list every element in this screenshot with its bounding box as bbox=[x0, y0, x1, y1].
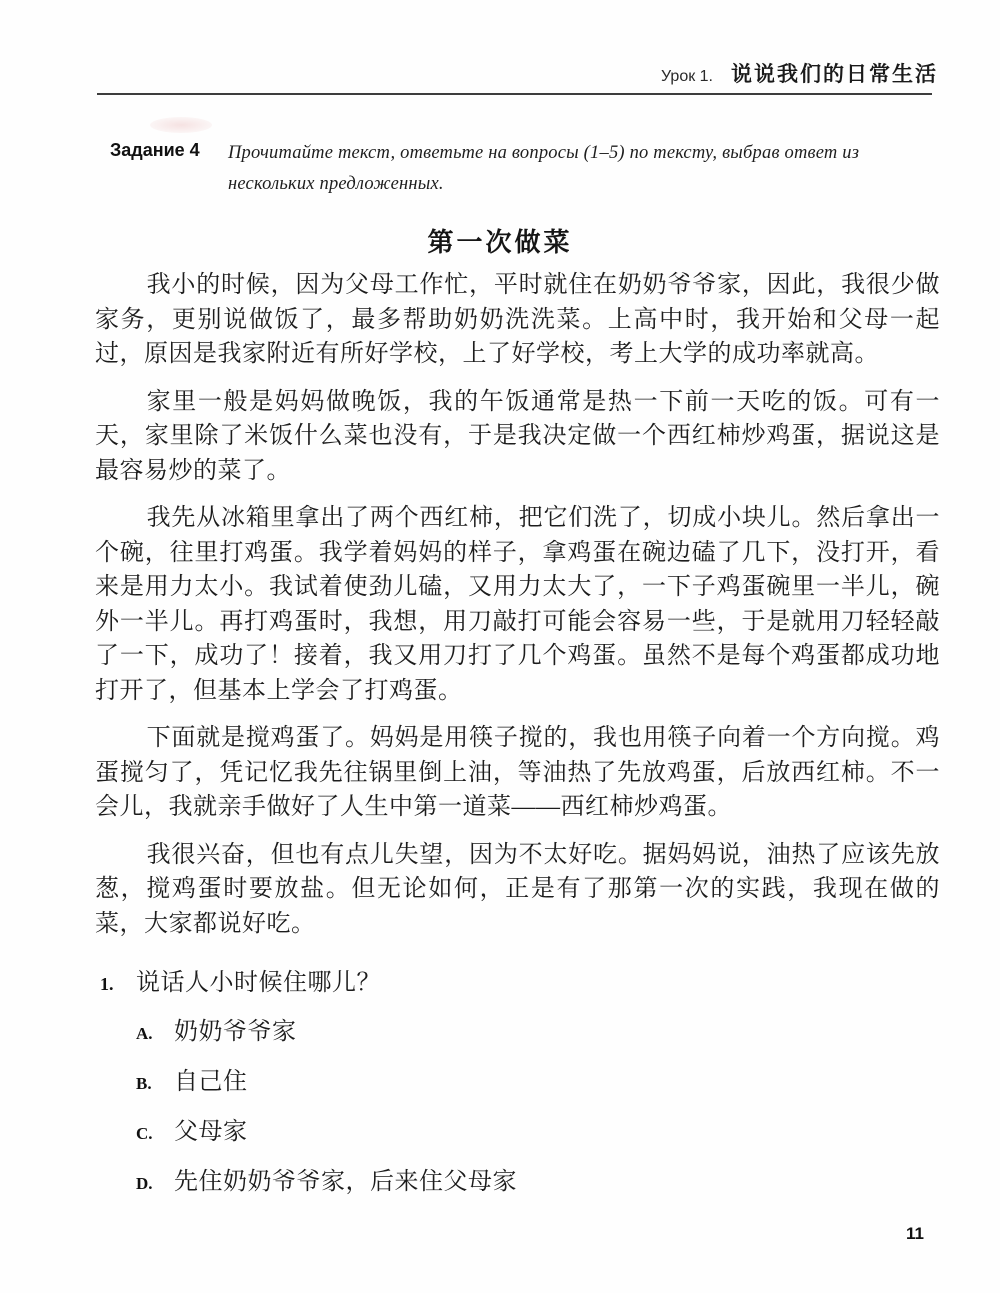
option-letter: A. bbox=[136, 1024, 174, 1044]
article-paragraph: 我小的时候，因为父母工作忙，平时就住在奶奶爷爷家，因此，我很少做家务，更别说做饭… bbox=[95, 268, 940, 372]
article-paragraph: 下面就是搅鸡蛋了。妈妈是用筷子搅的，我也用筷子向着一个方向搅。鸡蛋搅匀了，凭记忆… bbox=[95, 721, 940, 825]
article-body: 我小的时候，因为父母工作忙，平时就住在奶奶爷爷家，因此，我很少做家务，更别说做饭… bbox=[95, 268, 940, 954]
task-label: Задание 4 bbox=[110, 138, 228, 161]
options-list: A. 奶奶爷爷家 B. 自己住 C. 父母家 D. 先住奶奶爷爷家，后来住父母家 bbox=[136, 1011, 940, 1196]
page-number: 11 bbox=[906, 1224, 924, 1244]
option-letter: D. bbox=[136, 1174, 174, 1194]
question-number: 1. bbox=[100, 974, 136, 995]
lesson-number-label: Урок 1. bbox=[661, 68, 713, 85]
running-header: Урок 1.说说我们的日常生活 bbox=[95, 58, 938, 88]
article-paragraph: 我很兴奋，但也有点儿失望，因为不太好吃。据妈妈说，油热了应该先放葱，搅鸡蛋时要放… bbox=[95, 838, 940, 942]
option-text: 父母家 bbox=[174, 1111, 248, 1146]
header-divider bbox=[97, 93, 932, 95]
article-paragraph: 家里一般是妈妈做晚饭，我的午饭通常是热一下前一天吃的饭。可有一天，家里除了米饭什… bbox=[95, 385, 940, 489]
book-page: Урок 1.说说我们的日常生活 Задание 4 Прочитайте те… bbox=[0, 0, 1000, 1293]
article-paragraph: 我先从冰箱里拿出了两个西红柿，把它们洗了，切成小块儿。然后拿出一个碗，往里打鸡蛋… bbox=[95, 501, 940, 708]
option-c: C. 父母家 bbox=[136, 1111, 940, 1146]
option-text: 自己住 bbox=[174, 1061, 248, 1096]
option-text: 奶奶爷爷家 bbox=[174, 1011, 297, 1046]
task-instruction: Прочитайте текст, ответьте на вопросы (1… bbox=[228, 138, 938, 200]
question-1-block: 1. 说话人小时候住哪儿？ A. 奶奶爷爷家 B. 自己住 C. 父母家 D. … bbox=[100, 962, 940, 1211]
task-block: Задание 4 Прочитайте текст, ответьте на … bbox=[110, 138, 938, 200]
option-letter: B. bbox=[136, 1074, 174, 1094]
question-row: 1. 说话人小时候住哪儿？ bbox=[100, 962, 940, 997]
option-d: D. 先住奶奶爷爷家，后来住父母家 bbox=[136, 1161, 940, 1196]
article-title: 第一次做菜 bbox=[0, 222, 1000, 259]
option-text: 先住奶奶爷爷家，后来住父母家 bbox=[174, 1161, 517, 1196]
question-text: 说话人小时候住哪儿？ bbox=[136, 962, 381, 997]
option-letter: C. bbox=[136, 1124, 174, 1144]
option-a: A. 奶奶爷爷家 bbox=[136, 1011, 940, 1046]
option-b: B. 自己住 bbox=[136, 1061, 940, 1096]
lesson-title: 说说我们的日常生活 bbox=[731, 62, 938, 86]
pink-scan-artifact bbox=[150, 117, 212, 133]
